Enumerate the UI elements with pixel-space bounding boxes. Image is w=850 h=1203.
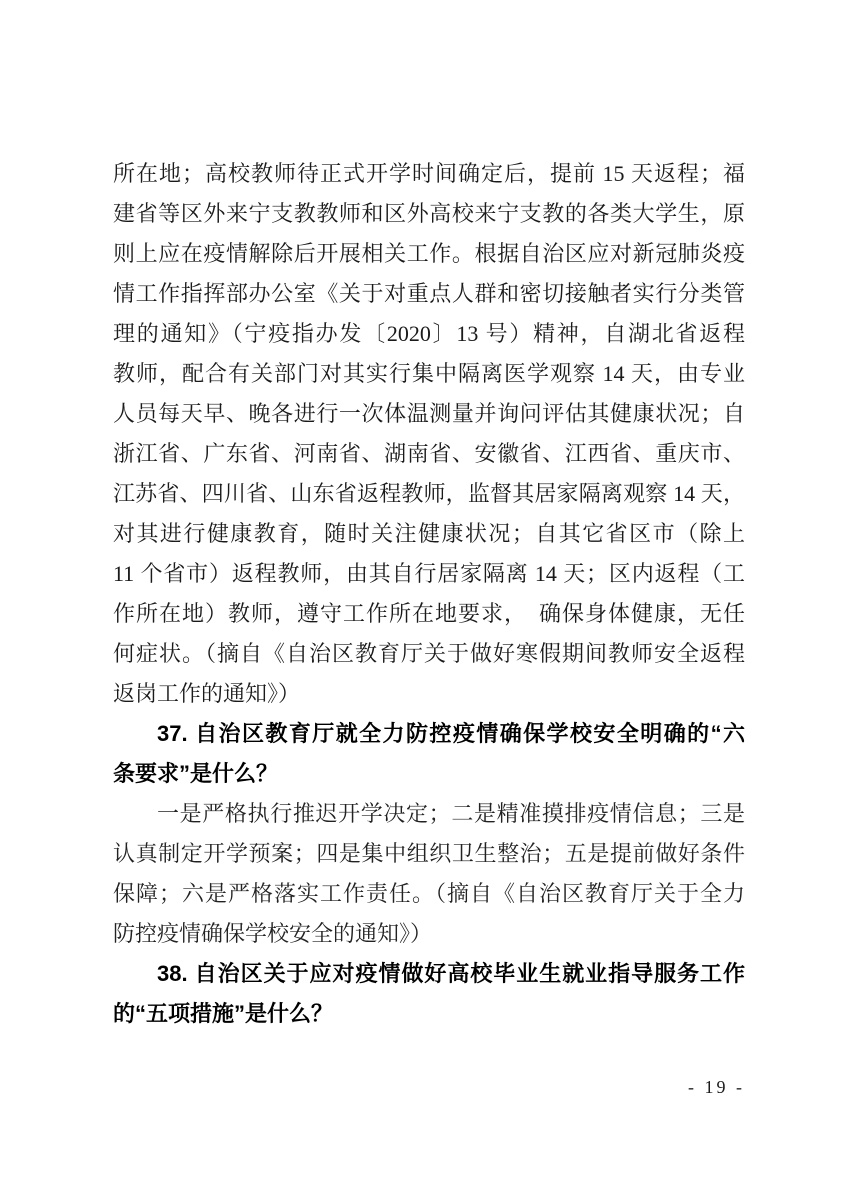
question-38-line: 38. 自治区关于应对疫情做好高校毕业生就业指导服务工作 (113, 954, 745, 994)
text-line: 浙江省、广东省、河南省、湖南省、安徽省、江西省、重庆市、 (113, 434, 745, 474)
question-37: 37. 自治区教育厅就全力防控疫情确保学校安全明确的“六 条要求”是什么？ (113, 714, 745, 794)
document-page: 所在地；高校教师待正式开学时间确定后，提前 15 天返程；福 建省等区外来宁支教… (0, 0, 850, 1203)
text-line: 理的通知》（宁疫指办发〔2020〕13 号）精神，自湖北省返程 (113, 314, 745, 354)
text-line: 江苏省、四川省、山东省返程教师，监督其居家隔离观察 14 天， (113, 474, 745, 514)
question-38-line: 的“五项措施”是什么？ (113, 994, 745, 1034)
answer-37: 一是严格执行推迟开学决定；二是精准摸排疫情信息；三是 认真制定开学预案；四是集中… (113, 794, 745, 954)
text-line: 所在地；高校教师待正式开学时间确定后，提前 15 天返程；福 (113, 154, 745, 194)
text-line: 情工作指挥部办公室《关于对重点人群和密切接触者实行分类管 (113, 274, 745, 314)
text-line: 何症状。（摘自《自治区教育厅关于做好寒假期间教师安全返程 (113, 634, 745, 674)
question-37-line: 37. 自治区教育厅就全力防控疫情确保学校安全明确的“六 (113, 714, 745, 754)
paragraph-teacher-return-policy: 所在地；高校教师待正式开学时间确定后，提前 15 天返程；福 建省等区外来宁支教… (113, 154, 745, 714)
answer-line: 保障；六是严格落实工作责任。（摘自《自治区教育厅关于全力 (113, 874, 745, 914)
answer-line: 认真制定开学预案；四是集中组织卫生整治；五是提前做好条件 (113, 834, 745, 874)
text-line: 建省等区外来宁支教教师和区外高校来宁支教的各类大学生，原 (113, 194, 745, 234)
text-line: 对其进行健康教育，随时关注健康状况；自其它省区市（除上 (113, 514, 745, 554)
text-line: 教师，配合有关部门对其实行集中隔离医学观察 14 天，由专业 (113, 354, 745, 394)
text-line: 则上应在疫情解除后开展相关工作。根据自治区应对新冠肺炎疫 (113, 234, 745, 274)
question-37-line: 条要求”是什么？ (113, 754, 745, 794)
answer-line: 一是严格执行推迟开学决定；二是精准摸排疫情信息；三是 (113, 794, 745, 834)
page-number: - 19 - (688, 1076, 745, 1098)
text-line: 11 个省市）返程教师，由其自行居家隔离 14 天；区内返程（工 (113, 554, 745, 594)
text-line: 作所在地）教师，遵守工作所在地要求， 确保身体健康，无任 (113, 594, 745, 634)
text-line: 人员每天早、晚各进行一次体温测量并询问评估其健康状况；自 (113, 394, 745, 434)
question-38: 38. 自治区关于应对疫情做好高校毕业生就业指导服务工作 的“五项措施”是什么？ (113, 954, 745, 1034)
page-content: 所在地；高校教师待正式开学时间确定后，提前 15 天返程；福 建省等区外来宁支教… (113, 154, 745, 1034)
answer-line: 防控疫情确保学校安全的通知》） (113, 914, 745, 954)
text-line: 返岗工作的通知》） (113, 674, 745, 714)
